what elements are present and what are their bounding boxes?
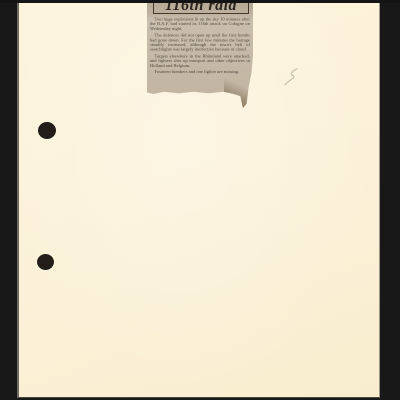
clipping-paragraph: Two huge explosions lit up the sky 10 mi… [150, 17, 250, 31]
newspaper-clipping: 116th raid Two huge explosions lit up th… [147, 0, 253, 108]
pencil-mark [282, 66, 300, 88]
scanned-photo: 116th raid Two huge explosions lit up th… [0, 0, 400, 400]
clipping-paragraph: The defences did not open up until the f… [150, 33, 250, 52]
punch-hole-top [38, 122, 56, 139]
clipping-paragraph: Targets elsewhere in the Rhineland were … [150, 54, 250, 68]
scan-crop-edge [0, 0, 400, 3]
clipping-headline: 116th raid [154, 2, 248, 14]
clipping-headline-box: 116th raid [153, 2, 249, 14]
punch-hole-bottom [37, 254, 54, 270]
